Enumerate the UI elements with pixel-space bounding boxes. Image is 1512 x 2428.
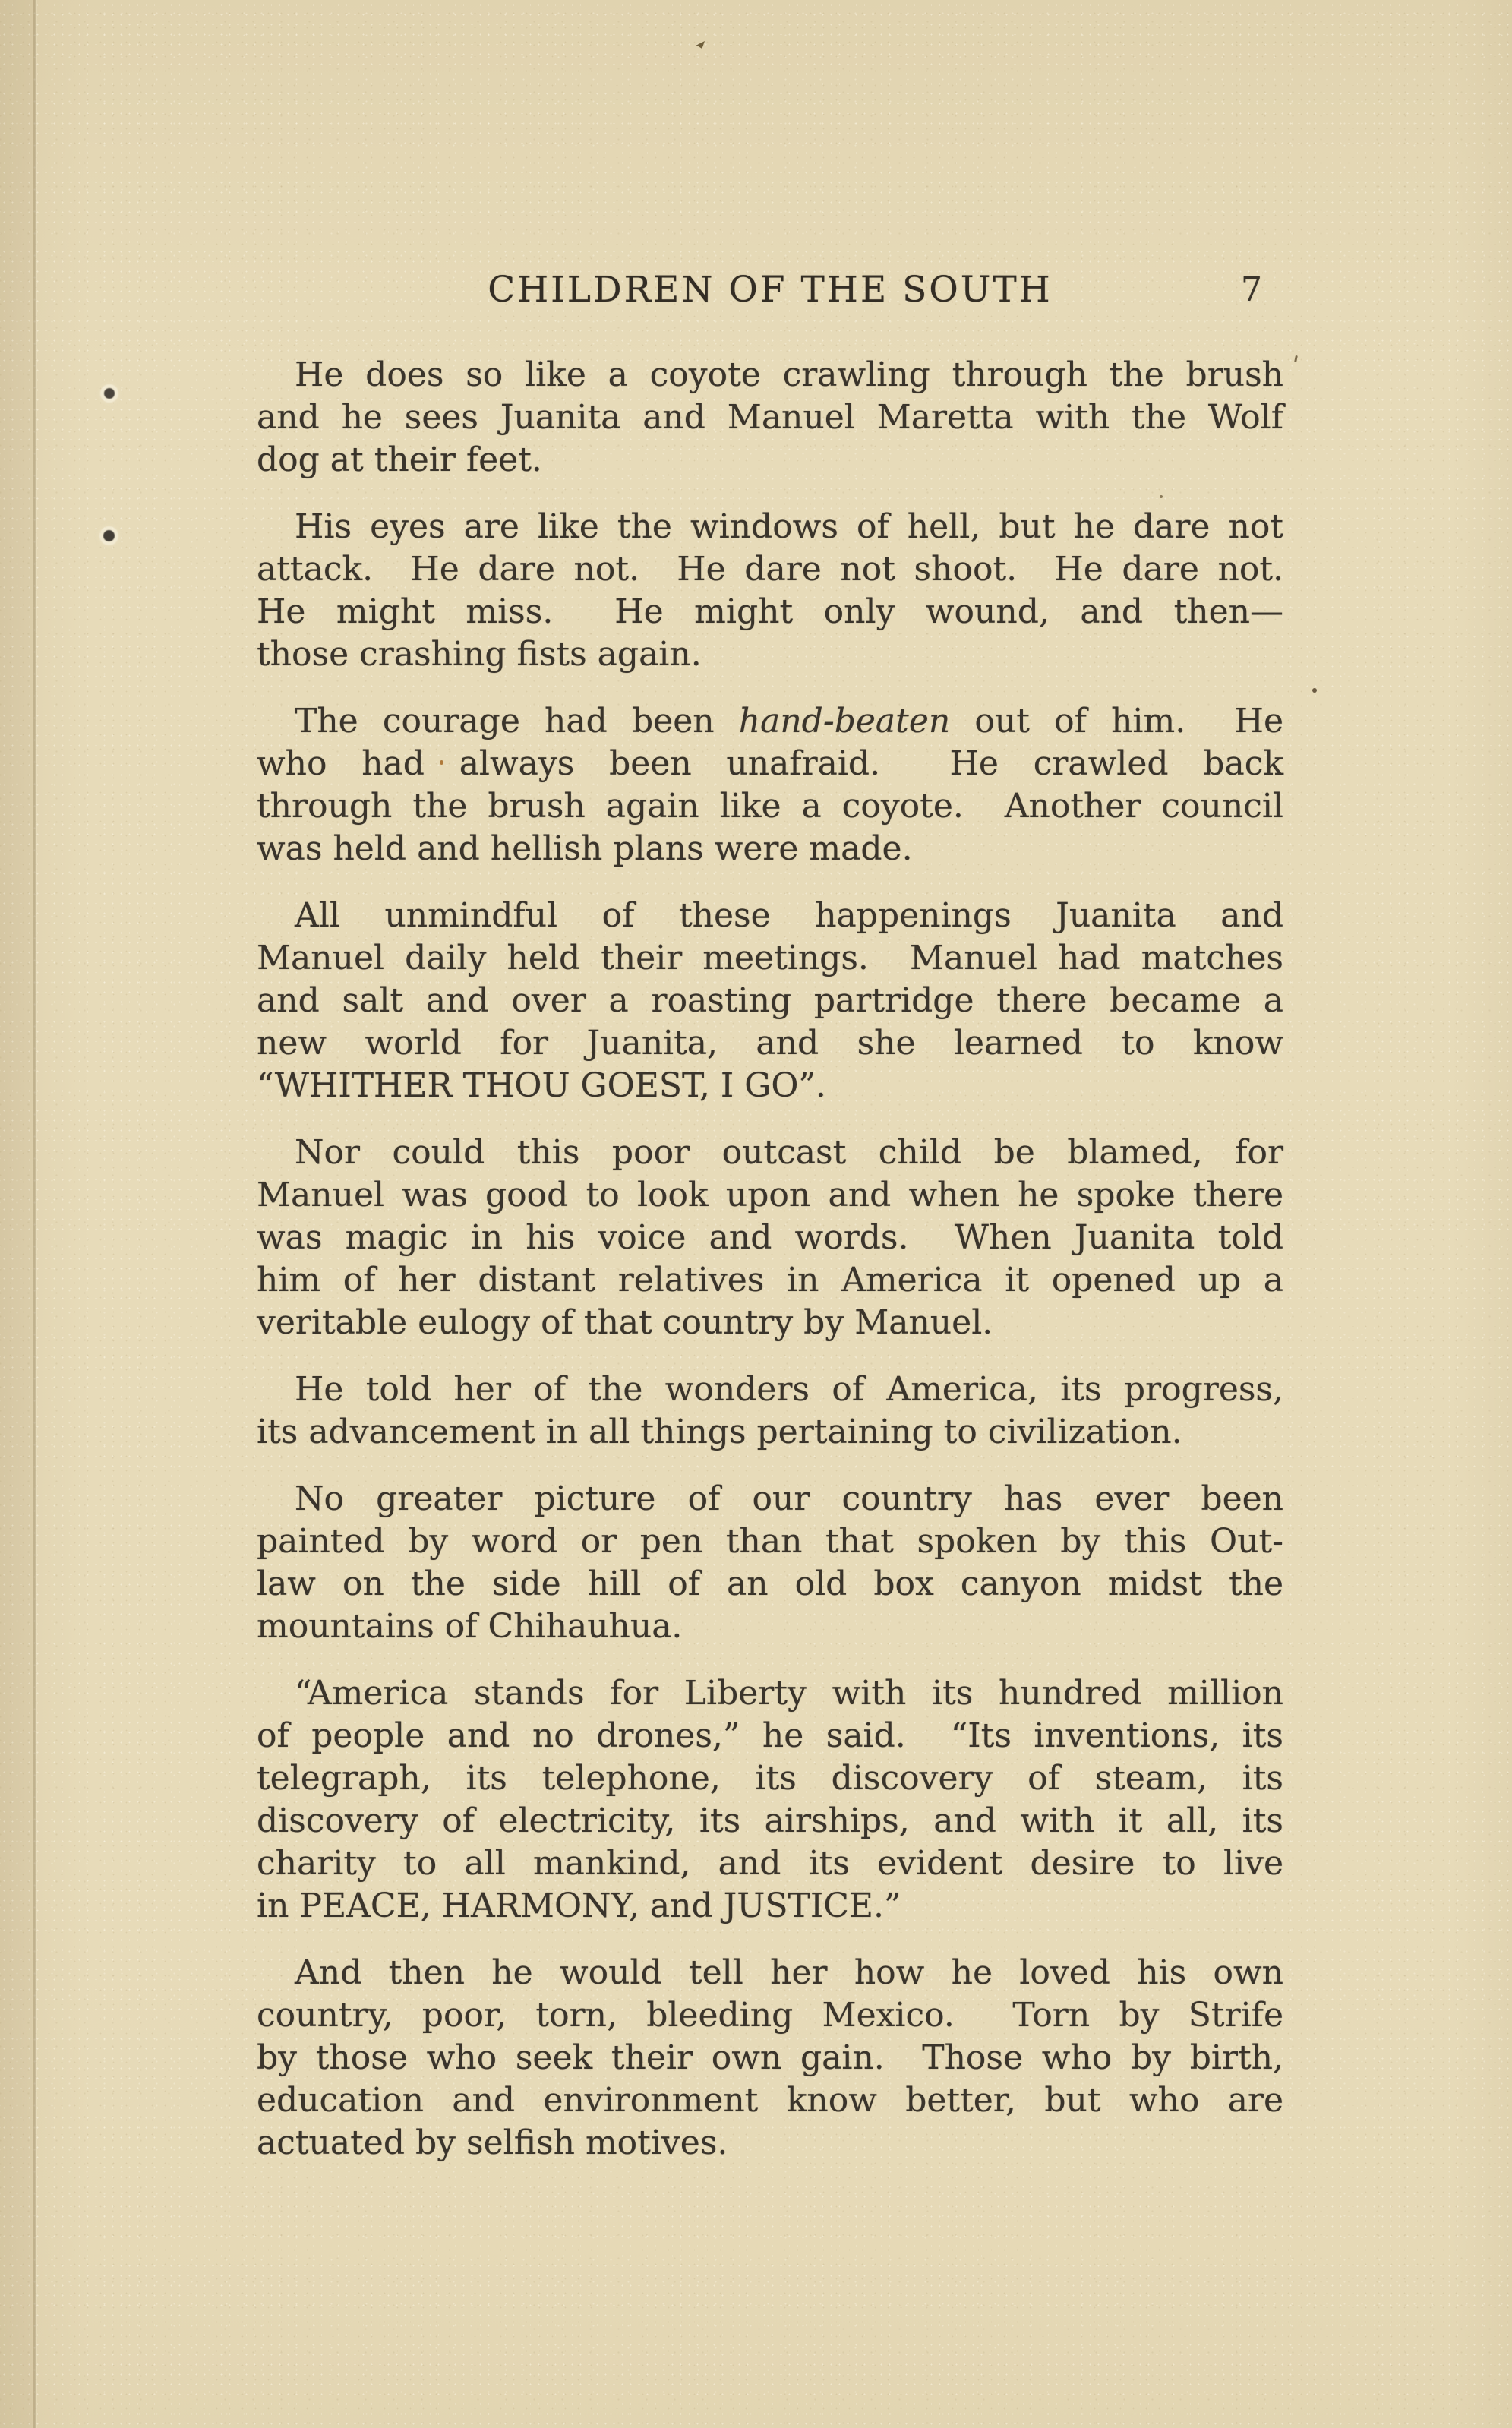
- page-body: He does so like a coyote crawling throug…: [257, 354, 1283, 2164]
- text-line: The courage had been hand-beaten out of …: [257, 700, 1283, 743]
- text-line: mountains of Chihauhua.: [257, 1606, 1283, 1648]
- staple-dot: [104, 388, 115, 399]
- text-line: veritable eulogy of that country by Manu…: [257, 1302, 1283, 1344]
- page-number: 7: [1241, 267, 1262, 313]
- binding-crease: [32, 0, 37, 2428]
- text-line: of people and no drones,” he said. “Its …: [257, 1715, 1283, 1757]
- text-line: was magic in his voice and words. When J…: [257, 1217, 1283, 1259]
- paragraph: He told her of the wonders of America, i…: [257, 1369, 1283, 1454]
- text-line: him of her distant relatives in America …: [257, 1259, 1283, 1302]
- text-line: All unmindful of these happenings Juanit…: [257, 895, 1283, 937]
- paragraph: And then he would tell her how he loved …: [257, 1952, 1283, 2164]
- text-line: Nor could this poor outcast child be bla…: [257, 1132, 1283, 1174]
- text-line: law on the side hill of an old box canyo…: [257, 1563, 1283, 1606]
- text-line: His eyes are like the windows of hell, b…: [257, 506, 1283, 548]
- text-line: and salt and over a roasting partridge t…: [257, 980, 1283, 1022]
- text-line: country, poor, torn, bleeding Mexico. To…: [257, 1994, 1283, 2037]
- text-line: He does so like a coyote crawling throug…: [257, 354, 1283, 396]
- text-line: charity to all mankind, and its evident …: [257, 1842, 1283, 1885]
- paragraph: Nor could this poor outcast child be bla…: [257, 1132, 1283, 1344]
- text-line: by those who seek their own gain. Those …: [257, 2037, 1283, 2079]
- text-line: “WHITHER THOU GOEST, I GO”.: [257, 1065, 1283, 1107]
- text-line: dog at their feet.: [257, 439, 1283, 481]
- text-line: Manuel was good to look upon and when he…: [257, 1174, 1283, 1217]
- text-line: who had always been unafraid. He crawled…: [257, 743, 1283, 785]
- paragraph: “America stands for Liberty with its hun…: [257, 1672, 1283, 1928]
- text-line: actuated by selfish motives.: [257, 2122, 1283, 2164]
- text-line: its advancement in all things pertaining…: [257, 1411, 1283, 1454]
- paragraph: The courage had been hand-beaten out of …: [257, 700, 1283, 870]
- paragraph: No greater picture of our country has ev…: [257, 1478, 1283, 1648]
- scan-speck: [1294, 355, 1298, 362]
- text-line: “America stands for Liberty with its hun…: [257, 1672, 1283, 1715]
- text-segment: The courage had been: [295, 702, 739, 740]
- text-line: and he sees Juanita and Manuel Maretta w…: [257, 396, 1283, 439]
- text-line: education and environment know better, b…: [257, 2079, 1283, 2122]
- text-line: new world for Juanita, and she learned t…: [257, 1022, 1283, 1065]
- text-line: through the brush again like a coyote. A…: [257, 785, 1283, 828]
- gutter-shade: [0, 0, 32, 2428]
- paragraph: He does so like a coyote crawling throug…: [257, 354, 1283, 481]
- text-line: He told her of the wonders of America, i…: [257, 1369, 1283, 1411]
- scan-speck: [1312, 688, 1317, 693]
- text-line: And then he would tell her how he loved …: [257, 1952, 1283, 1994]
- text-line: Manuel daily held their meetings. Manuel…: [257, 937, 1283, 980]
- paragraph: All unmindful of these happenings Juanit…: [257, 895, 1283, 1107]
- staple-dot: [103, 530, 115, 541]
- text-line: was held and hellish plans were made.: [257, 828, 1283, 870]
- text-line: attack. He dare not. He dare not shoot. …: [257, 548, 1283, 591]
- italic-text: hand-beaten: [739, 702, 950, 740]
- text-line: those crashing fists again.: [257, 633, 1283, 676]
- scan-speck: [696, 41, 705, 49]
- text-line: telegraph, its telephone, its discovery …: [257, 1757, 1283, 1800]
- page-header: CHILDREN OF THE SOUTH 7: [257, 267, 1283, 313]
- text-line: discovery of electricity, its airships, …: [257, 1800, 1283, 1842]
- text-line: painted by word or pen than that spoken …: [257, 1520, 1283, 1563]
- text-line: He might miss. He might only wound, and …: [257, 591, 1283, 633]
- text-line: in PEACE, HARMONY, and JUSTICE.”: [257, 1885, 1283, 1928]
- page-title: CHILDREN OF THE SOUTH: [257, 267, 1283, 313]
- text-segment: out of him. He: [950, 702, 1283, 740]
- paragraph: His eyes are like the windows of hell, b…: [257, 506, 1283, 676]
- book-page-scan: CHILDREN OF THE SOUTH 7 He does so like …: [0, 0, 1512, 2428]
- text-line: No greater picture of our country has ev…: [257, 1478, 1283, 1520]
